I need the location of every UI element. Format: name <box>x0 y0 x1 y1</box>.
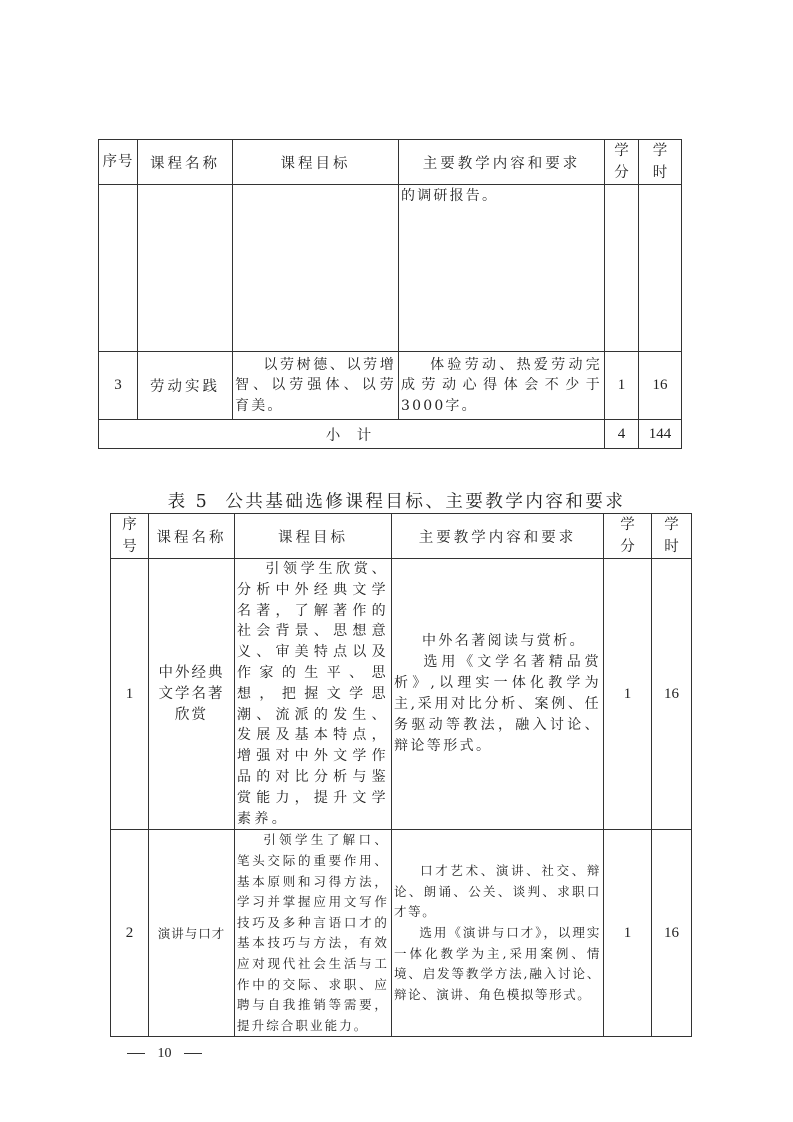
cell-credit: 1 <box>604 559 652 830</box>
cell-hours: 16 <box>652 559 692 830</box>
cell-no <box>99 185 138 352</box>
cell-content: 体验劳动、热爱劳动完成劳动心得体会不少于3000字。 <box>399 352 605 420</box>
cell-hours: 16 <box>639 352 682 420</box>
cell-goal: 引领学生欣赏、分析中外经典文学名著，了解著作的社会背景、思想意义、审美特点以及作… <box>235 559 392 830</box>
cell-no: 1 <box>111 559 149 830</box>
dash-left <box>127 1053 145 1054</box>
page-number-footer: 10 <box>127 1046 202 1062</box>
table5-title: 表 5 公共基础选修课程目标、主要教学内容和要求 <box>0 488 793 513</box>
subtotal-row: 小 计 4 144 <box>99 420 682 449</box>
header-hours: 学时 <box>652 514 692 559</box>
cell-credit <box>605 185 639 352</box>
subtotal-label: 小 计 <box>99 420 605 449</box>
table-header-row: 序号 课程名称 课程目标 主要教学内容和要求 学分 学时 <box>111 514 692 559</box>
header-content: 主要教学内容和要求 <box>392 514 604 559</box>
header-credit: 学分 <box>605 140 639 185</box>
page-number: 10 <box>158 1046 172 1061</box>
header-no: 序号 <box>99 140 138 185</box>
cell-no: 2 <box>111 830 149 1037</box>
cell-goal: 引领学生了解口、笔头交际的重要作用、基本原则和习得方法，学习并掌握应用文写作技巧… <box>235 830 392 1037</box>
subtotal-credit: 4 <box>605 420 639 449</box>
cell-name <box>138 185 233 352</box>
table-row: 的调研报告。 <box>99 185 682 352</box>
cell-credit: 1 <box>604 830 652 1037</box>
cell-hours <box>639 185 682 352</box>
course-table-continued: 序号 课程名称 课程目标 主要教学内容和要求 学分 学时 的调研报告。 3 劳动… <box>98 139 682 449</box>
cell-credit: 1 <box>605 352 639 420</box>
header-goal: 课程目标 <box>233 140 399 185</box>
cell-goal: 以劳树德、以劳增智、以劳强体、以劳育美。 <box>233 352 399 420</box>
dash-right <box>184 1053 202 1054</box>
cell-hours: 16 <box>652 830 692 1037</box>
subtotal-hours: 144 <box>639 420 682 449</box>
cell-content: 中外名著阅读与赏析。 选用《文学名著精品赏析》,以理实一体化教学为主,采用对比分… <box>392 559 604 830</box>
header-content: 主要教学内容和要求 <box>399 140 605 185</box>
table-header-row: 序号 课程名称 课程目标 主要教学内容和要求 学分 学时 <box>99 140 682 185</box>
table-row: 2 演讲与口才 引领学生了解口、笔头交际的重要作用、基本原则和习得方法，学习并掌… <box>111 830 692 1037</box>
header-no: 序号 <box>111 514 149 559</box>
header-name: 课程名称 <box>138 140 233 185</box>
header-goal: 课程目标 <box>235 514 392 559</box>
cell-goal <box>233 185 399 352</box>
table-row: 3 劳动实践 以劳树德、以劳增智、以劳强体、以劳育美。 体验劳动、热爱劳动完成劳… <box>99 352 682 420</box>
header-name: 课程名称 <box>149 514 235 559</box>
cell-content: 的调研报告。 <box>399 185 605 352</box>
cell-no: 3 <box>99 352 138 420</box>
header-credit: 学分 <box>604 514 652 559</box>
elective-course-table: 序号 课程名称 课程目标 主要教学内容和要求 学分 学时 1 中外经典 文学名著… <box>110 513 692 1037</box>
cell-name: 中外经典 文学名著 欣赏 <box>149 559 235 830</box>
cell-content: 口才艺术、演讲、社交、辩论、朗诵、公关、谈判、求职口才等。 选用《演讲与口才》，… <box>392 830 604 1037</box>
table-row: 1 中外经典 文学名著 欣赏 引领学生欣赏、分析中外经典文学名著，了解著作的社会… <box>111 559 692 830</box>
header-hours: 学时 <box>639 140 682 185</box>
cell-name: 劳动实践 <box>138 352 233 420</box>
cell-name: 演讲与口才 <box>149 830 235 1037</box>
